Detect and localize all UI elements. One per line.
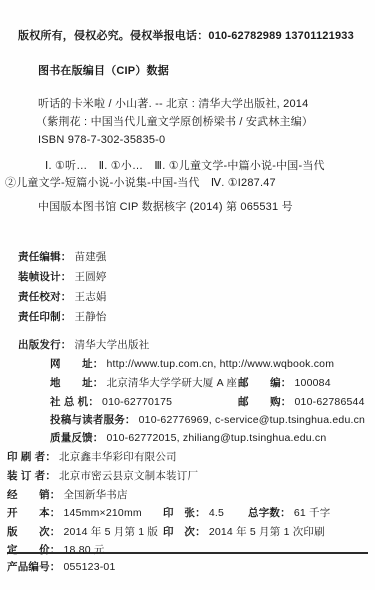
- switchboard-value: 010-62770175: [102, 396, 172, 408]
- address-value: 北京清华大学学研大厦 A 座: [107, 377, 238, 389]
- mail-order-row: 邮 购：010-62786544: [238, 396, 365, 409]
- format-value: 145mm×210mm: [64, 507, 142, 519]
- sheets-value: 4.5: [209, 507, 224, 519]
- staff-designer-value: 王圆婷: [75, 271, 107, 283]
- staff-proofreader-label: 责任校对：: [18, 291, 72, 303]
- printer-value: 北京鑫丰华彩印有限公司: [59, 451, 177, 463]
- staff-proofreader-row: 责任校对：王志娟: [18, 291, 107, 304]
- copyright-page: 版权所有，侵权必究。侵权举报电话：010-62782989 1370112193…: [0, 0, 375, 590]
- address-row: 地 址：北京清华大学学研大厦 A 座: [50, 377, 237, 390]
- impression-row: 印 次：2014 年 5 月第 1 次印刷: [163, 526, 325, 539]
- mail-order-label: 邮 购：: [238, 396, 292, 408]
- staff-print-supervisor-label: 责任印制：: [18, 311, 72, 323]
- product-number-label: 产品编号：: [7, 561, 61, 573]
- staff-editor-value: 苗建强: [75, 251, 107, 263]
- price-value: 18.80 元: [64, 544, 105, 556]
- price-row: 定 价：18.80 元: [7, 544, 105, 557]
- staff-editor-label: 责任编辑：: [18, 251, 72, 263]
- impression-value: 2014 年 5 月第 1 次印刷: [209, 526, 325, 538]
- distributor-label: 经 销：: [7, 489, 61, 501]
- reader-service-row: 投稿与读者服务：010-62776969, c-service@tup.tsin…: [50, 414, 365, 427]
- distributor-value: 全国新华书店: [64, 489, 128, 501]
- staff-editor-row: 责任编辑：苗建强: [18, 251, 107, 264]
- quality-feedback-label: 质量反馈：: [50, 432, 104, 444]
- postcode-label: 邮 编：: [238, 377, 292, 389]
- distributor-row: 经 销：全国新华书店: [7, 489, 128, 502]
- postcode-value: 100084: [295, 377, 331, 389]
- mail-order-value: 010-62786544: [295, 396, 365, 408]
- website-row: 网 址：http://www.tup.com.cn, http://www.wq…: [50, 358, 334, 371]
- copyright-notice: 版权所有，侵权必究。侵权举报电话：010-62782989 1370112193…: [18, 30, 354, 43]
- postcode-row: 邮 编：100084: [238, 377, 331, 390]
- edition-value: 2014 年 5 月第 1 版: [64, 526, 159, 538]
- quality-feedback-row: 质量反馈：010-62772015, zhiliang@tup.tsinghua…: [50, 432, 326, 445]
- price-label: 定 价：: [7, 544, 61, 556]
- impression-label: 印 次：: [163, 526, 206, 538]
- switchboard-label: 社 总 机：: [50, 396, 99, 408]
- binder-value: 北京市密云县京文制本装订厂: [59, 470, 198, 482]
- format-row: 开 本：145mm×210mm: [7, 507, 142, 520]
- website-value: http://www.tup.com.cn, http://www.wqbook…: [107, 358, 335, 370]
- format-label: 开 本：: [7, 507, 61, 519]
- address-label: 地 址：: [50, 377, 104, 389]
- binder-label: 装 订 者：: [7, 470, 56, 482]
- cip-classification-line1: Ⅰ. ①听… Ⅱ. ①小… Ⅲ. ①儿童文学-中篇小说-中国-当代: [45, 160, 325, 173]
- cip-series-line: （紫荆花 : 中国当代儿童文学原创桥梁书 / 安武林主编）: [36, 116, 313, 129]
- printer-row: 印 刷 者：北京鑫丰华彩印有限公司: [7, 451, 177, 464]
- staff-designer-label: 装帧设计：: [18, 271, 72, 283]
- website-label: 网 址：: [50, 358, 104, 370]
- printer-label: 印 刷 者：: [7, 451, 56, 463]
- cip-classification-line2: ②儿童文学-短篇小说-小说集-中国-当代 Ⅳ. ①I287.47: [5, 177, 276, 190]
- publisher-value: 清华大学出版社: [75, 339, 150, 351]
- staff-proofreader-value: 王志娟: [75, 291, 107, 303]
- product-number-value: 055123-01: [64, 561, 116, 573]
- reader-service-value: 010-62776969, c-service@tup.tsinghua.edu…: [139, 414, 366, 426]
- staff-print-supervisor-value: 王静怡: [75, 311, 107, 323]
- word-count-value: 61 千字: [294, 507, 331, 519]
- word-count-label: 总字数：: [248, 507, 291, 519]
- cip-heading: 图书在版编目（CIP）数据: [38, 65, 169, 78]
- staff-print-supervisor-row: 责任印制：王静怡: [18, 311, 107, 324]
- publisher-row: 出版发行：清华大学出版社: [18, 339, 149, 352]
- product-number-row: 产品编号：055123-01: [7, 561, 116, 574]
- cip-record-number: 中国版本图书馆 CIP 数据核字 (2014) 第 065531 号: [38, 201, 293, 214]
- reader-service-label: 投稿与读者服务：: [50, 414, 136, 426]
- word-count-row: 总字数：61 千字: [248, 507, 330, 520]
- sheets-label: 印 张：: [163, 507, 206, 519]
- switchboard-row: 社 总 机：010-62770175: [50, 396, 172, 409]
- staff-designer-row: 装帧设计：王圆婷: [18, 271, 107, 284]
- edition-label: 版 次：: [7, 526, 61, 538]
- quality-feedback-value: 010-62772015, zhiliang@tup.tsinghua.edu.…: [107, 432, 327, 444]
- cip-title-line: 听话的卡米啦 / 小山著. -- 北京 : 清华大学出版社, 2014: [38, 98, 308, 111]
- divider-rule: [7, 552, 368, 554]
- edition-row: 版 次：2014 年 5 月第 1 版: [7, 526, 158, 539]
- sheets-row: 印 张：4.5: [163, 507, 224, 520]
- cip-isbn: ISBN 978-7-302-35835-0: [38, 134, 165, 147]
- binder-row: 装 订 者：北京市密云县京文制本装订厂: [7, 470, 198, 483]
- publisher-label: 出版发行：: [18, 339, 72, 351]
